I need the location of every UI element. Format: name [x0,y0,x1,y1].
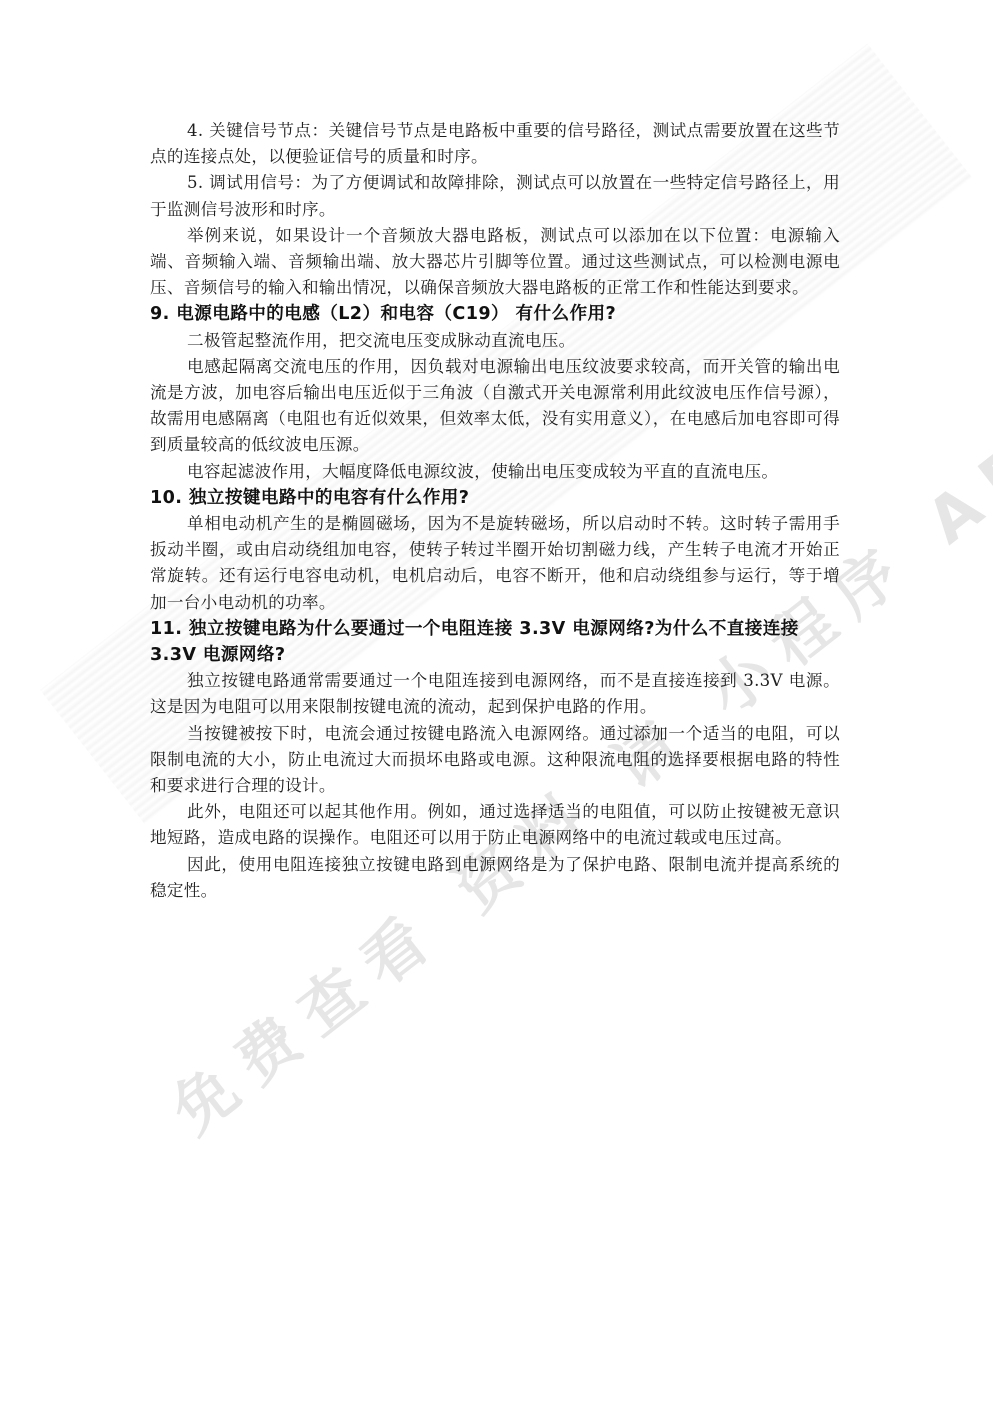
paragraph-key-signal-nodes: 4. 关键信号节点：关键信号节点是电路板中重要的信号路径，测试点需要放置在这些节… [150,118,840,170]
paragraph-conclusion: 因此，使用电阻连接独立按键电路到电源网络是为了保护电路、限制电流并提高系统的稳定… [150,852,840,904]
paragraph-inductor-role: 电感起隔离交流电压的作用，因负载对电源输出电压纹波要求较高，而开关管的输出电流是… [150,354,840,459]
document-page: 4. 关键信号节点：关键信号节点是电路板中重要的信号路径，测试点需要放置在这些节… [150,118,840,904]
paragraph-audio-amplifier-example: 举例来说，如果设计一个音频放大器电路板，测试点可以添加在以下位置：电源输入端、音… [150,223,840,302]
paragraph-single-phase-motor: 单相电动机产生的是椭圆磁场，因为不是旋转磁场，所以启动时不转。这时转子需用手扳动… [150,511,840,616]
paragraph-diode-rectifier: 二极管起整流作用，把交流电压变成脉动直流电压。 [150,328,840,354]
question-9-heading: 9. 电源电路中的电感（L2）和电容（C19） 有什么作用? [150,301,840,327]
paragraph-debug-signals: 5. 调试用信号：为了方便调试和故障排除，测试点可以放置在一些特定信号路径上，用… [150,170,840,222]
paragraph-other-resistor-roles: 此外，电阻还可以起其他作用。例如，通过选择适当的电阻值，可以防止按键被无意识地短… [150,799,840,851]
paragraph-resistor-connection: 独立按键电路通常需要通过一个电阻连接到电源网络，而不是直接连接到 3.3V 电源… [150,668,840,720]
paragraph-capacitor-filter: 电容起滤波作用，大幅度降低电源纹波，使输出电压变成较为平直的直流电压。 [150,459,840,485]
question-10-heading: 10. 独立按键电路中的电容有什么作用? [150,485,840,511]
paragraph-current-limiting: 当按键被按下时，电流会通过按键电路流入电源网络。通过添加一个适当的电阻，可以限制… [150,721,840,800]
question-11-heading: 11. 独立按键电路为什么要通过一个电阻连接 3.3V 电源网络?为什么不直接连… [150,616,840,668]
